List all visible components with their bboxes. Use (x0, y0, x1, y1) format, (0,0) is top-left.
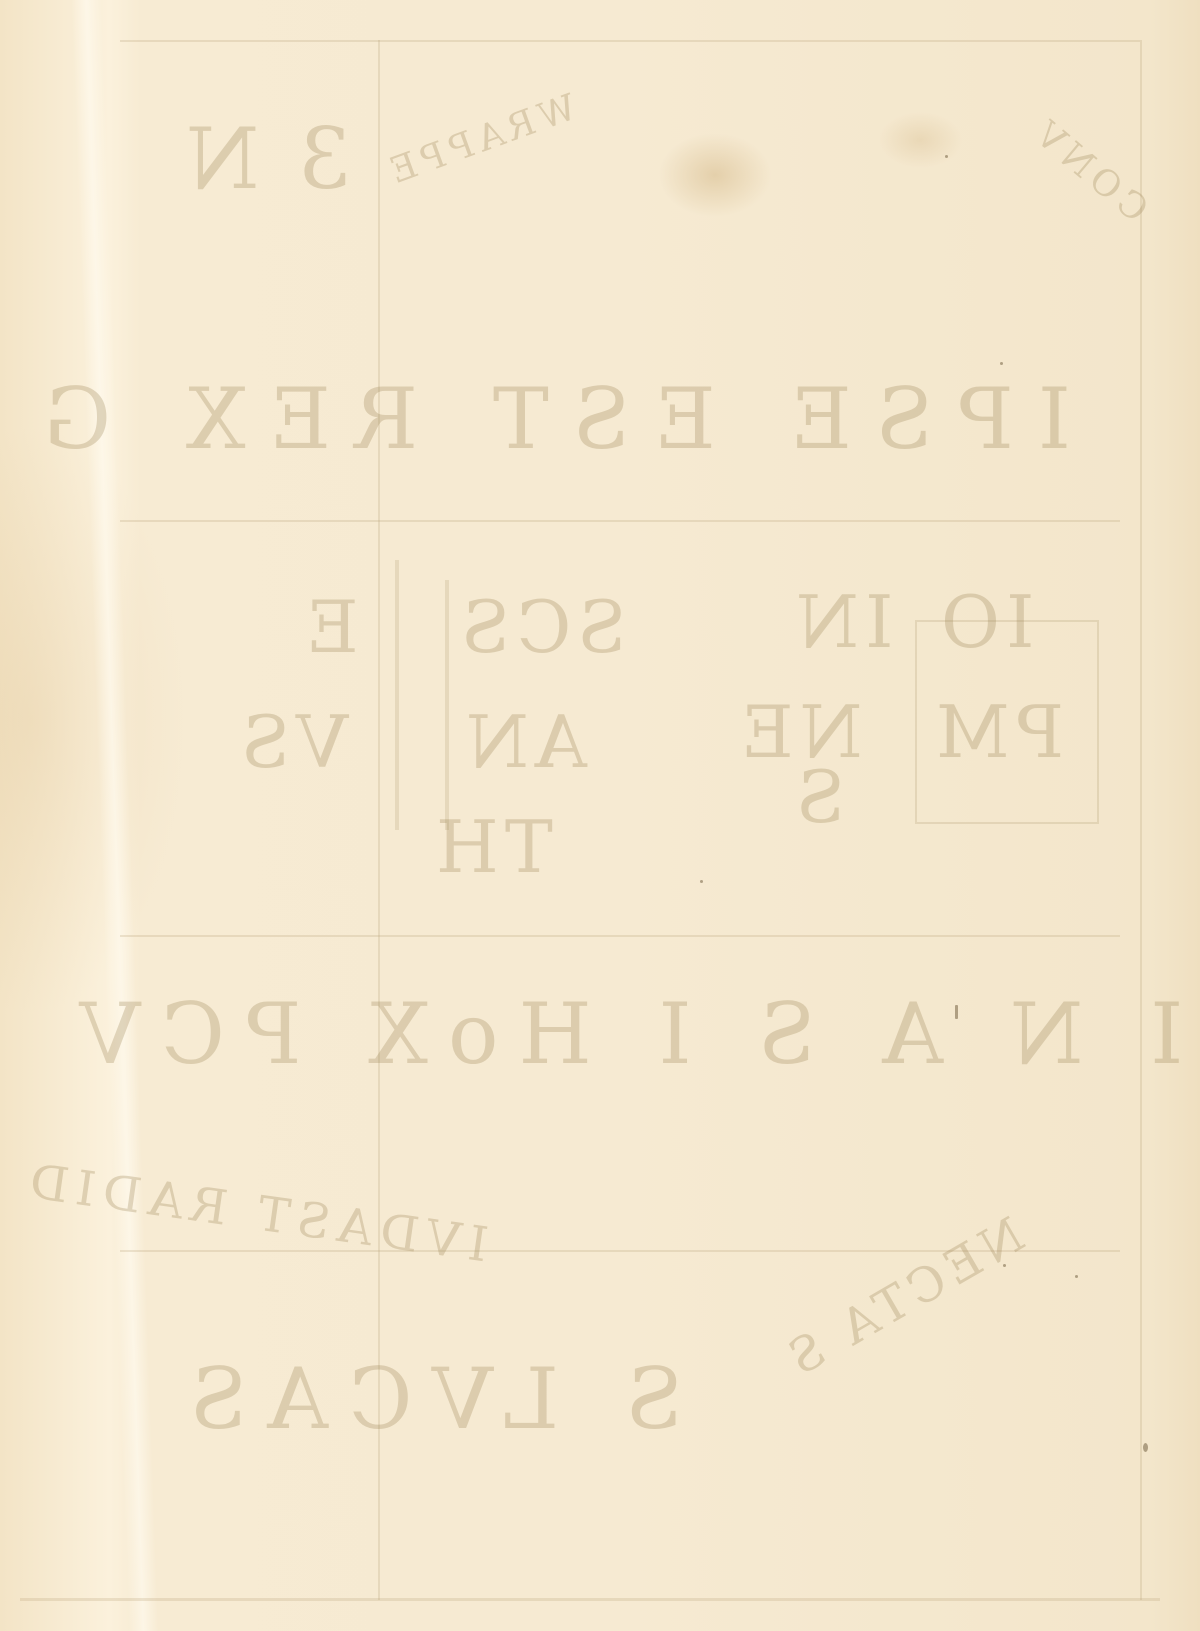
ghost-line-2: I N A S I HoX PCV (60, 985, 1183, 1083)
divider-middle (120, 935, 1120, 937)
panel-bar-1 (395, 560, 399, 830)
ghost-line-1: IPSE EST REX G (20, 370, 1071, 468)
speck (1075, 1275, 1078, 1278)
frame-line-bottom (20, 1598, 1160, 1601)
ghost-panel-mid-2: AN (460, 700, 587, 784)
ghost-panel-right-1: IN (790, 580, 893, 664)
speck (1143, 1443, 1148, 1452)
ghost-panel-right-3: S (790, 755, 845, 839)
ghost-panel-left-2: VS (235, 700, 348, 784)
ghost-panel-left-1: E (300, 585, 359, 669)
frame-line-right (1140, 40, 1142, 1600)
ghost-panel-box-1: IO (935, 580, 1034, 664)
ghost-panel-mid-1: SCS (455, 585, 627, 669)
speck (955, 1005, 958, 1019)
divider-upper (120, 520, 1120, 522)
speck (1003, 1264, 1006, 1267)
ghost-top-glyph: 3 N (180, 110, 352, 208)
speck (945, 155, 948, 158)
speck (1000, 362, 1003, 365)
frame-line-top (120, 40, 1140, 42)
panel-bar-2 (445, 580, 449, 830)
ghost-panel-mid-3: TH (430, 805, 553, 889)
ghost-panel-box-2: PM (930, 690, 1064, 774)
speck (700, 880, 703, 883)
ghost-line-3: S LVCAS (170, 1350, 683, 1448)
